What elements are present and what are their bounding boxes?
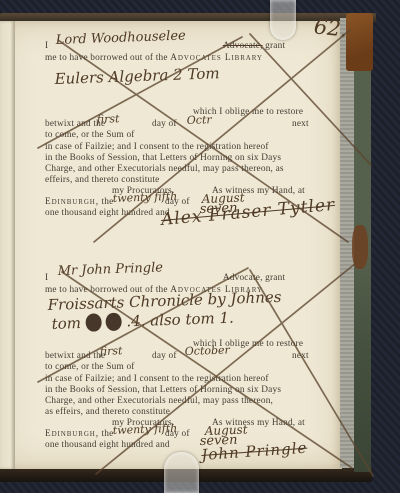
tom-rest: .4. also tom 1. [126, 309, 234, 331]
entry2-return-month: October [185, 343, 230, 358]
advocate-word-struck: Advocate, [223, 41, 263, 51]
entry1-failzie-line-1: in case of Failzie; and I consent to the… [45, 142, 269, 153]
opening-I: I [45, 273, 48, 283]
edinburgh-label: Edinburgh, [45, 197, 99, 207]
blotted-volume-number: 2 [85, 313, 101, 332]
edinburgh-label: Edinburgh, [45, 429, 99, 439]
entry2-dayof-label: day of [152, 351, 177, 362]
entry1-sum-line: to come, or the Sum of [45, 130, 135, 141]
grant-word: grant [265, 273, 285, 283]
entry2-signed-dayof: day of [165, 429, 190, 440]
entry2-failzie-line-1: in case of Failzie; and I consent to the… [45, 374, 269, 385]
photographed-register-page: 62. I Advocate, grant Lord Woodhouselee … [0, 0, 400, 493]
tom-word: tom [51, 314, 81, 333]
entry2-sum-line: to come, or the Sum of [45, 362, 135, 373]
leather-patch [352, 225, 368, 269]
photo-clip-top [270, 0, 296, 40]
entry1-dayof-label: day of [152, 119, 177, 130]
entry1-year-line: one thousand eight hundred and [45, 208, 170, 219]
entry1-failzie-line-3: Charge, and other Executorials needful, … [45, 164, 284, 175]
entry2-failzie-line-3: Charge, and other Executorials needful, … [45, 396, 273, 407]
entry2-failzie-line-4: as effeirs, and thereto constitute [45, 407, 170, 418]
entry1-failzie-line-4: effeirs, and thereto constitute [45, 175, 159, 186]
advocates-library-label: Advocates Library [170, 53, 263, 63]
leather-corner [346, 13, 373, 71]
entry2-edinburgh-line: Edinburgh, the [45, 429, 113, 440]
the-label: the [101, 429, 113, 439]
borrowed-text: me to have borrowed out of the [45, 53, 168, 63]
entry2-return-day: first [100, 344, 123, 358]
entry1-return-month: Octr [187, 113, 212, 127]
grant-word: grant [265, 41, 285, 51]
blotted-volume-number: 3 [106, 313, 122, 332]
page-gutter [0, 21, 15, 469]
entry1-borrowed-line: me to have borrowed out of the Advocates… [45, 53, 263, 64]
advocate-word: Advocate, [223, 273, 263, 283]
entry1-signed-dayof: day of [165, 197, 190, 208]
entry1-next-label: next [292, 119, 309, 130]
entry2-year-line: one thousand eight hundred and [45, 440, 170, 451]
entry2-failzie-line-2: in the Books of Session, that Letters of… [45, 385, 281, 396]
page-number: 62. [313, 14, 349, 41]
entry1-return-day: first [97, 112, 120, 126]
entry2-betwixt-label: betwixt and the [45, 351, 105, 362]
entry1-edinburgh-line: Edinburgh, the [45, 197, 113, 208]
the-label: the [101, 197, 113, 207]
entry1-failzie-line-2: in the Books of Session, that Letters of… [45, 153, 281, 164]
photo-clip-bottom [164, 452, 199, 493]
opening-I: I [45, 41, 48, 51]
entry2-next-label: next [292, 351, 309, 362]
